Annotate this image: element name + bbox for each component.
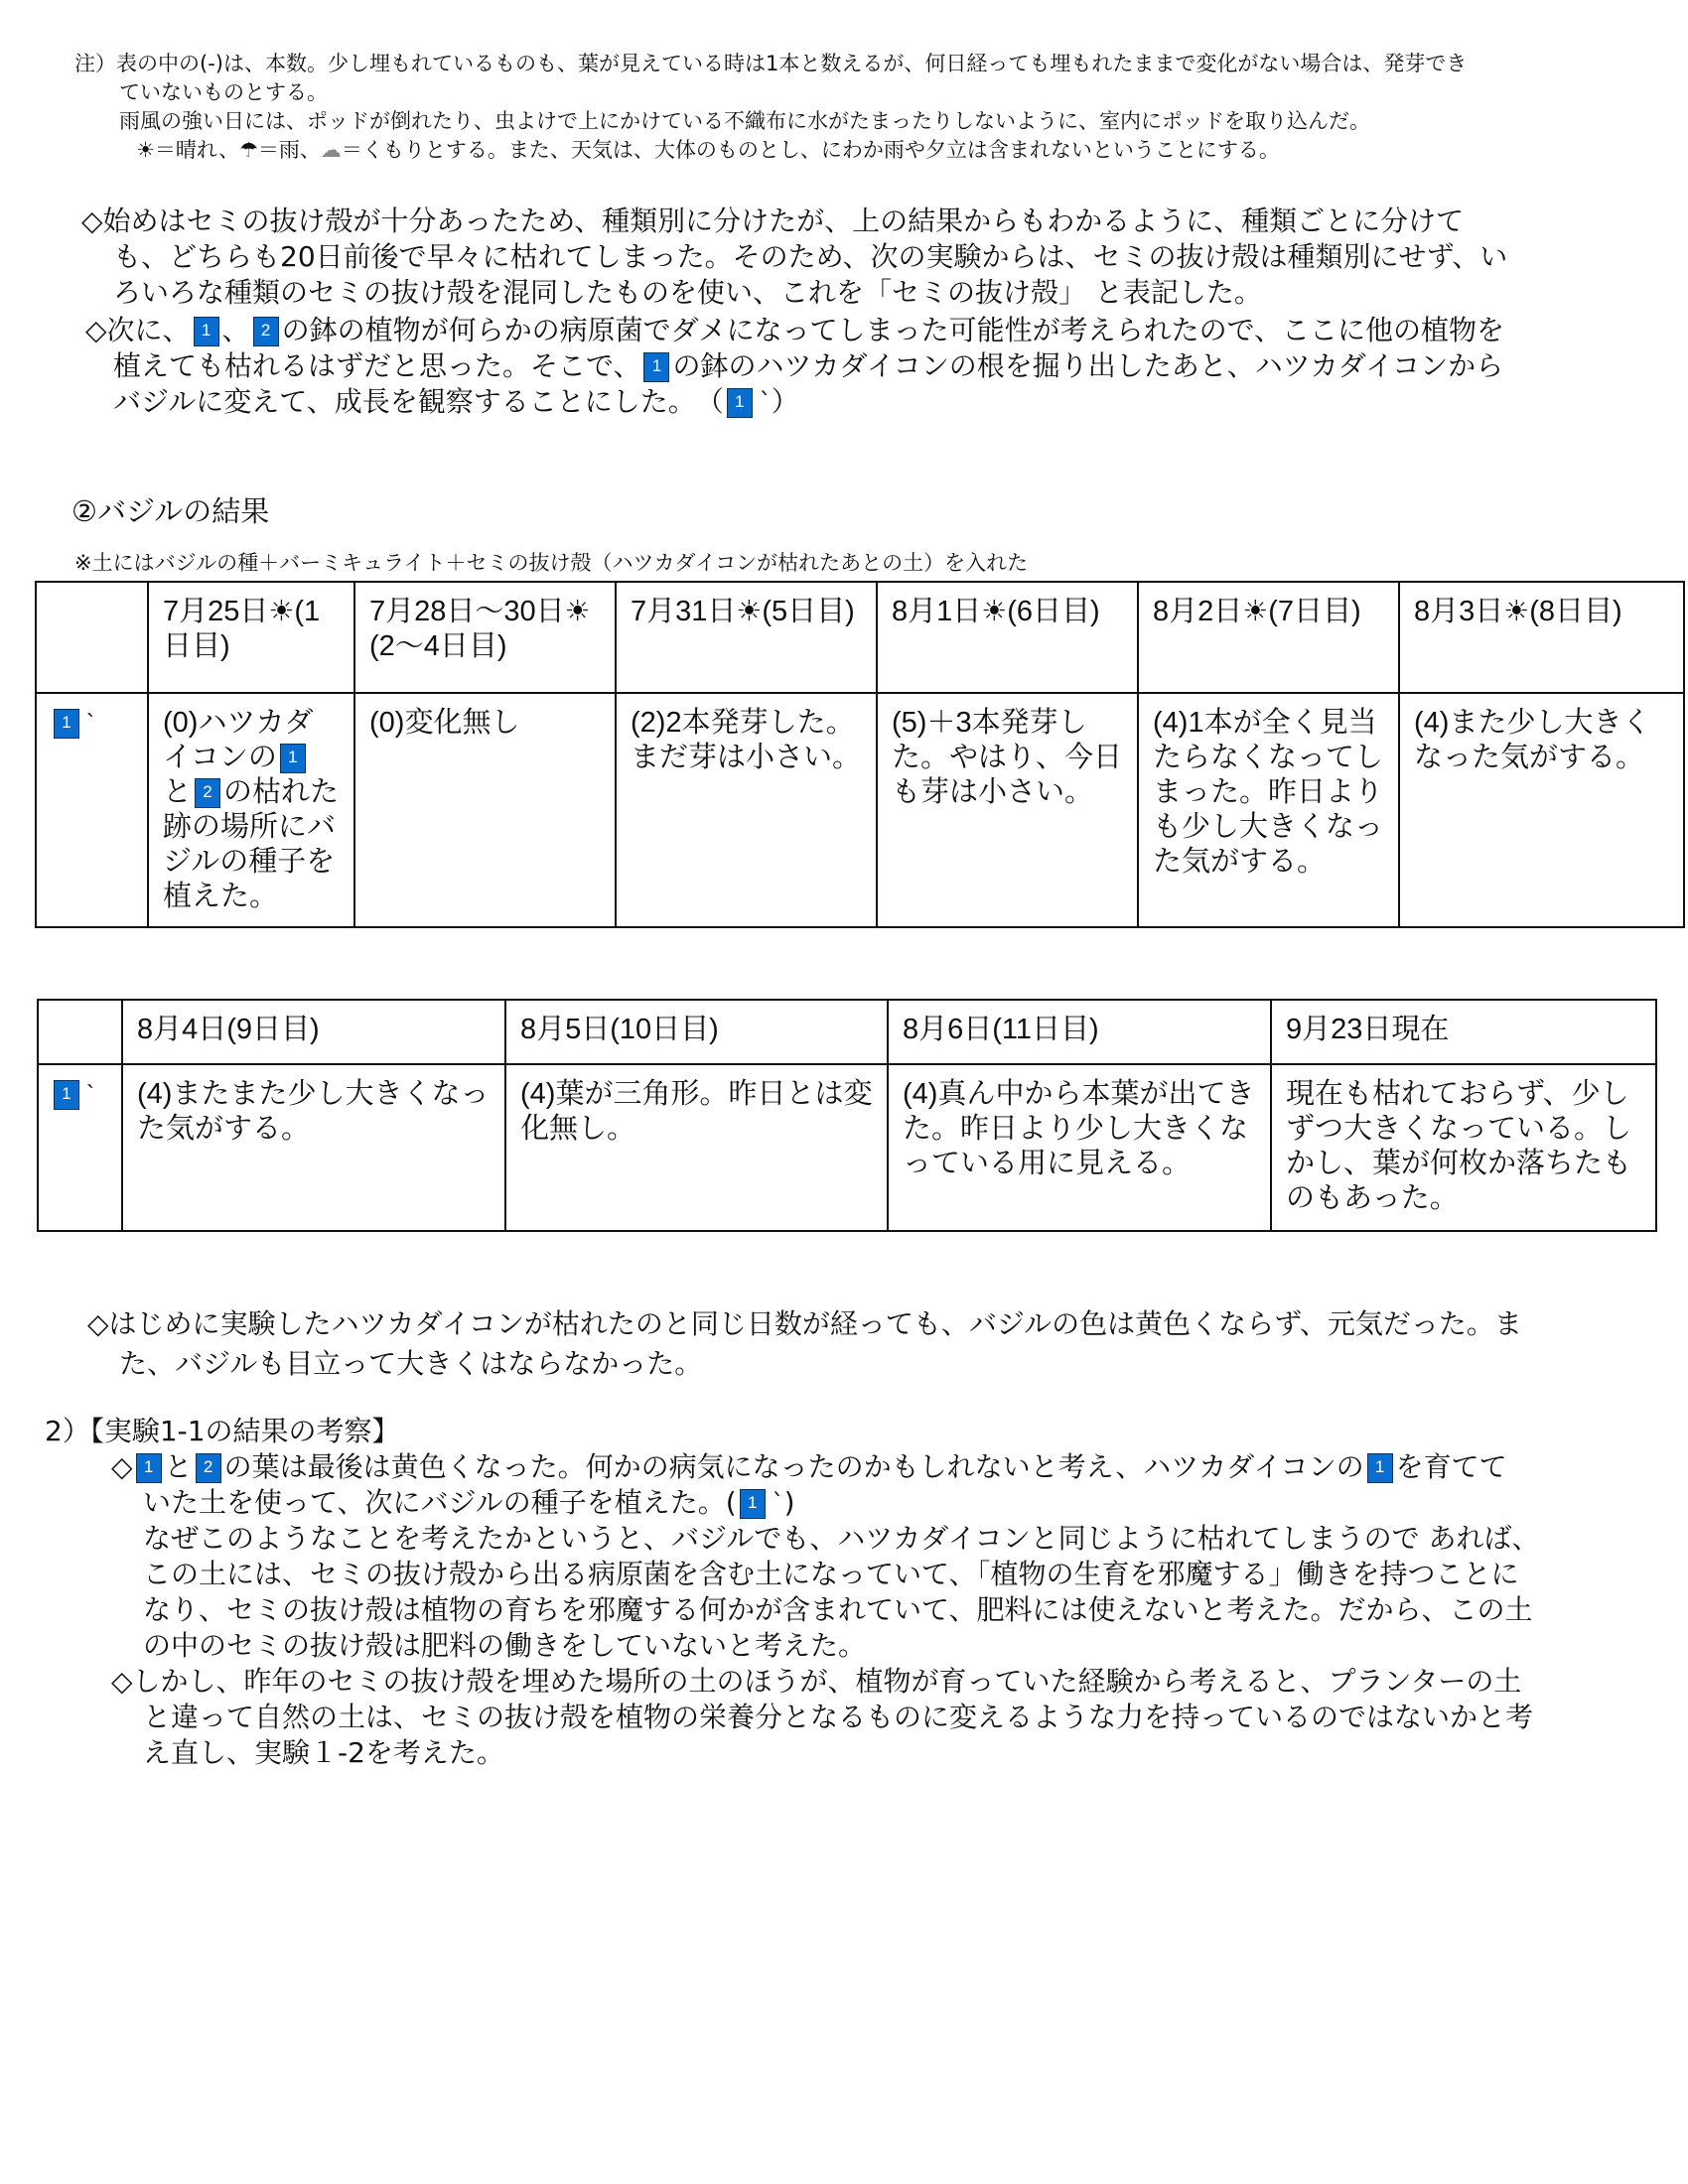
text: ) xyxy=(784,1486,795,1519)
table-row: 1` (4)またまた少し大きくなった気がする。 (4)葉が三角形。昨日とは変化無… xyxy=(38,1064,1656,1231)
discussion-line1: ◇1と2の葉は最後は黄色くなった。何かの病気になったのかもしれないと考え、ハツカ… xyxy=(111,1449,1670,1485)
legend-rain-text: ＝雨、 xyxy=(258,138,321,162)
table-header-cell: 8月1日☀(6日目) xyxy=(877,582,1138,693)
table-header-cell: 7月31日☀(5日目) xyxy=(616,582,877,693)
table-cell: (0)変化無し xyxy=(354,693,616,927)
soil-note: ※土にはバジルの種＋バーミキュライト＋セミの抜け殻（ハツカダイコンが枯れたあとの… xyxy=(74,549,1028,577)
note-line-2: 雨風の強い日には、ポッドが倒れたり、虫よけで上にかけている不織布に水がたまったり… xyxy=(74,107,1623,136)
text: を育てて xyxy=(1396,1450,1507,1483)
table-header-cell: 7月28日～30日☀(2～4日目) xyxy=(354,582,616,693)
paragraph-observation: ◇はじめに実験したハツカダイコンが枯れたのと同じ日数が経っても、バジルの色は黄色… xyxy=(87,1304,1676,1384)
text: ◇ xyxy=(111,1450,133,1483)
prime-mark: ` xyxy=(86,710,94,737)
text: 、 xyxy=(222,314,250,346)
prime-mark: ` xyxy=(760,388,772,416)
observation-line1: ◇はじめに実験したハツカダイコンが枯れたのと同じ日数が経っても、バジルの色は黄色… xyxy=(87,1304,1676,1344)
discussion-line9: え直し、実験１-2を考えた。 xyxy=(111,1735,1670,1771)
note-line-1-cont: ていないものとする。 xyxy=(74,78,1623,107)
legend-sun-text: ＝晴れ、 xyxy=(155,138,239,162)
table-cell: (4)葉が三角形。昨日とは変化無し。 xyxy=(505,1064,888,1231)
discussion-line6: の中のセミの抜け殻は肥料の働きをしていないと考えた。 xyxy=(111,1628,1670,1664)
table-header-cell: 8月4日(9日目) xyxy=(122,1000,505,1064)
table-cell: (4)また少し大きくなった気がする。 xyxy=(1399,693,1684,927)
cloud-icon: ☁ xyxy=(321,138,342,162)
para1-line2: も、どちらも20日前後で早々に枯れてしまった。そのため、次の実験からは、セミの抜… xyxy=(81,239,1670,275)
discussion-line7: ◇しかし、昨年のセミの抜け殻を埋めた場所の土のほうが、植物が育っていた経験から考… xyxy=(111,1664,1670,1700)
row-label-cell: 1` xyxy=(38,1064,122,1231)
paragraph-next: ◇次に、1、2の鉢の植物が何らかの病原菌でダメになってしまった可能性が考えられた… xyxy=(85,313,1674,420)
table-header-row: 8月4日(9日目) 8月5日(10日目) 8月6日(11日目) 9月23日現在 xyxy=(38,1000,1656,1064)
text: いた土を使って、次にバジルの種子を植えた。( xyxy=(143,1486,737,1519)
table-header-cell: 9月23日現在 xyxy=(1271,1000,1656,1064)
note-block: 注）表の中の(-)は、本数。少し埋もれているものも、葉が見えている時は1本と数え… xyxy=(74,50,1623,165)
table-header-cell: 8月6日(11日目) xyxy=(888,1000,1271,1064)
pot-2-badge: 2 xyxy=(253,317,279,346)
text: の鉢の植物が何らかの病原菌でダメになってしまった可能性が考えられたので、ここに他… xyxy=(282,314,1504,346)
para2-line1: ◇次に、1、2の鉢の植物が何らかの病原菌でダメになってしまった可能性が考えられた… xyxy=(85,313,1674,348)
para2-line2: 植えても枯れるはずだと思った。そこで、1の鉢のハツカダイコンの根を掘り出したあと… xyxy=(85,348,1674,384)
pot-1-badge: 1 xyxy=(194,317,219,346)
table-header-cell: 8月2日☀(7日目) xyxy=(1138,582,1399,693)
table-header-cell xyxy=(38,1000,122,1064)
pot-1-badge: 1 xyxy=(740,1489,766,1519)
legend-cloud-text: ＝くもりとする。また、天気は、大体のものとし、にわか雨や夕立は含まれないというこ… xyxy=(342,138,1280,162)
table-header-cell: 7月25日☀(1日目) xyxy=(148,582,354,693)
pot-1-badge: 1 xyxy=(136,1453,162,1483)
para1-line3: ろいろな種類のセミの抜け殻を混同したものを使い、これを「セミの抜け殻」 と表記し… xyxy=(81,275,1670,311)
text: バジルに変えて、成長を観察することにした。 （ xyxy=(113,385,724,418)
text: の葉は最後は黄色くなった。何かの病気になったのかもしれないと考え、ハツカダイコン… xyxy=(224,1450,1364,1483)
pot-1-badge: 1 xyxy=(1367,1453,1393,1483)
discussion-line4: この土には、セミの抜け殻から出る病原菌を含む土になっていて、「植物の生育を邪魔す… xyxy=(111,1557,1670,1592)
pot-2-badge: 2 xyxy=(196,1453,221,1483)
table-header-row: 7月25日☀(1日目) 7月28日～30日☀(2～4日目) 7月31日☀(5日目… xyxy=(36,582,1684,693)
table-header-cell: 8月3日☀(8日目) xyxy=(1399,582,1684,693)
discussion-line5: なり、セミの抜け殻は植物の育ちを邪魔する何かが含まれていて、肥料には使えないと考… xyxy=(111,1592,1670,1628)
table-row: 1` (0)ハツカダイコンの1と2の枯れた跡の場所にバジルの種子を植えた。 (0… xyxy=(36,693,1684,927)
observation-line2: た、バジルも目立って大きくはならなかった。 xyxy=(87,1344,1676,1384)
row-label-cell: 1` xyxy=(36,693,148,927)
discussion-line3: なぜこのようなことを考えたかというと、バジルでも、ハツカダイコンと同じように枯れ… xyxy=(111,1521,1670,1557)
prime-mark: ` xyxy=(773,1489,784,1517)
table-cell: (0)ハツカダイコンの1と2の枯れた跡の場所にバジルの種子を植えた。 xyxy=(148,693,354,927)
section-title: ②バジルの結果 xyxy=(71,493,269,529)
pot-1-badge: 1 xyxy=(280,744,306,773)
basil-results-table-1: 7月25日☀(1日目) 7月28日～30日☀(2～4日目) 7月31日☀(5日目… xyxy=(35,581,1685,928)
text: の鉢のハツカダイコンの根を掘り出したあと、ハツカダイコンから xyxy=(672,349,1503,382)
pot-2-badge: 2 xyxy=(195,778,220,808)
text: と xyxy=(165,1450,193,1483)
table-cell: (4)真ん中から本葉が出てきた。昨日より少し大きくなっている用に見える。 xyxy=(888,1064,1271,1231)
discussion-line8: と違って自然の土は、セミの抜け殻を植物の栄養分となるものに変えるような力を持って… xyxy=(111,1700,1670,1735)
discussion-line2: いた土を使って、次にバジルの種子を植えた。(1`) xyxy=(111,1485,1670,1521)
table-cell: (4)1本が全く見当たらなくなってしまった。昨日よりも少し大きくなった気がする。 xyxy=(1138,693,1399,927)
pot-1-badge: 1 xyxy=(643,352,669,382)
note-line-1: 注）表の中の(-)は、本数。少し埋もれているものも、葉が見えている時は1本と数え… xyxy=(74,50,1623,78)
text: と xyxy=(163,776,192,808)
pot-1-badge: 1 xyxy=(727,388,753,418)
sun-icon: ☀ xyxy=(136,138,155,162)
pot-1-badge: 1 xyxy=(54,709,79,739)
weather-legend: ☀＝晴れ、☂＝雨、☁＝くもりとする。また、天気は、大体のものとし、にわか雨や夕立… xyxy=(74,136,1623,165)
umbrella-icon: ☂ xyxy=(239,138,258,162)
discussion-body: ◇1と2の葉は最後は黄色くなった。何かの病気になったのかもしれないと考え、ハツカ… xyxy=(111,1449,1670,1771)
table-header-cell: 8月5日(10日目) xyxy=(505,1000,888,1064)
table-cell: (4)またまた少し大きくなった気がする。 xyxy=(122,1064,505,1231)
basil-results-table-2: 8月4日(9日目) 8月5日(10日目) 8月6日(11日目) 9月23日現在 … xyxy=(37,999,1657,1232)
prime-mark: ` xyxy=(86,1081,94,1108)
text: ◇次に、 xyxy=(85,314,191,346)
para2-line3: バジルに変えて、成長を観察することにした。 （1`） xyxy=(85,384,1674,420)
para1-line1: ◇始めはセミの抜け殻が十分あったため、種類別に分けたが、上の結果からもわかるよう… xyxy=(81,204,1670,239)
table-cell: (2)2本発芽した。まだ芽は小さい。 xyxy=(616,693,877,927)
table-cell: (5)＋3本発芽した。やはり、今日も芽は小さい。 xyxy=(877,693,1138,927)
table-cell: 現在も枯れておらず、少しずつ大きくなっている。しかし、葉が何枚か落ちたものもあっ… xyxy=(1271,1064,1656,1231)
paragraph-seminuke: ◇始めはセミの抜け殻が十分あったため、種類別に分けたが、上の結果からもわかるよう… xyxy=(81,204,1670,311)
discussion-heading: 2）【実験1-1の結果の考察】 xyxy=(45,1414,400,1449)
text: ） xyxy=(772,385,799,418)
pot-1-badge: 1 xyxy=(54,1080,79,1110)
text: 植えても枯れるはずだと思った。そこで、 xyxy=(113,349,640,382)
table-header-cell xyxy=(36,582,148,693)
